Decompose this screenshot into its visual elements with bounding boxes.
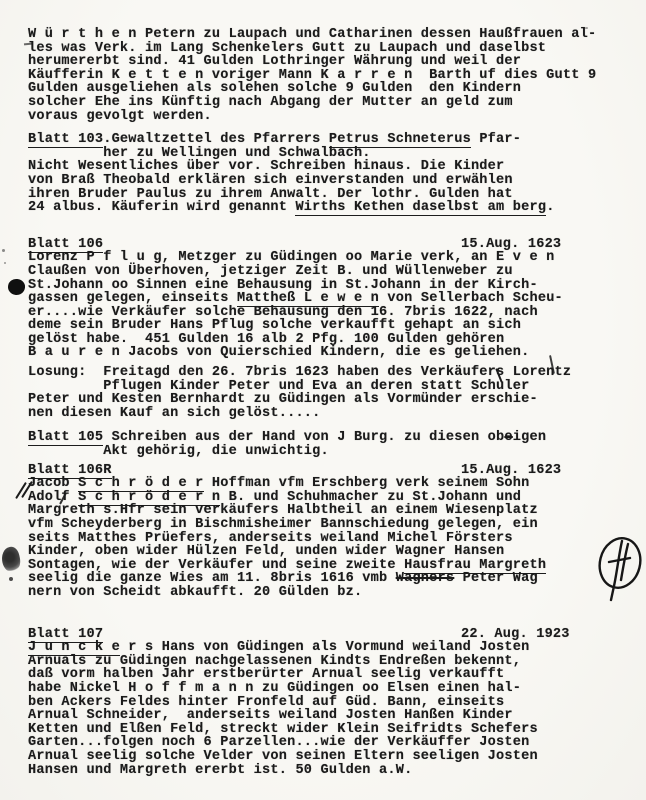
text-line: Hansen und Margreth ererbt ist. 50 Gulde… [28, 764, 628, 778]
text-line: habe Nickel H o f f m a n n zu Güdingen … [28, 682, 628, 696]
text-line: seits Matthes Prüefers, anderseits weila… [28, 532, 628, 546]
text-segment: B a u r e n Jacobs von Quierschied Kinde… [28, 345, 529, 360]
entry-date: 15.Aug. 1623 [461, 238, 561, 252]
text-line: solcher Ehe ins Künftig nach Abgang der … [28, 96, 628, 110]
text-line: deme sein Bruder Hans Pflug solche verka… [28, 319, 628, 333]
text-line: ihren Bruder Paulus zu ihrem Anwalt. Der… [28, 188, 628, 202]
text-line: seelig die ganze Wies am 11. 8bris 1616 … [28, 572, 628, 586]
text-line: Arnual seelig solche Velder von seinen E… [28, 750, 628, 764]
text-line: ben Ackers Feldes hinter Fronfeld auf Gü… [28, 696, 628, 710]
text-segment: igen [513, 430, 546, 445]
text-line: daß vorm halben Jahr erstberürter Arnual… [28, 668, 628, 682]
scanned-document-page: W ü r t h e n Petern zu Laupach und Cath… [0, 0, 646, 800]
document-body: W ü r t h e n Petern zu Laupach und Cath… [28, 28, 628, 777]
text-line: von Braß Theobald erklären sich einverst… [28, 174, 628, 188]
text-line: nen diesen Kauf an sich gelöst..... [28, 407, 628, 421]
ink-speck [2, 249, 5, 252]
text-segment: nern von Scheidt abkaufft. 20 Gülden bz. [28, 585, 362, 600]
ink-speck [585, 27, 588, 29]
text-line: Blatt 105 Schreiben aus der Hand von J B… [28, 431, 628, 445]
ink-dot-left [7, 278, 26, 296]
text-line: Blatt 106R15.Aug. 1623 [28, 464, 628, 478]
text-segment: Hansen und Margreth ererbt ist. 50 Gulde… [28, 763, 412, 778]
blatt-106: Blatt 10615.Aug. 1623Lorenz P f l u g, M… [28, 238, 628, 360]
text-line: Nicht Wesentliches über vor. Schreiben h… [28, 160, 628, 174]
text-line: Blatt 10722. Aug. 1923 [28, 628, 628, 642]
text-segment: nen diesen Kauf an sich gelöst..... [28, 406, 321, 421]
ink-speck [4, 262, 6, 264]
text-line: Pflugen Kinder Peter und Eva an deren st… [28, 380, 628, 394]
text-line: Blatt 10615.Aug. 1623 [28, 238, 628, 252]
text-line: Ketten und Elßen Feld, streckt wider Kle… [28, 723, 628, 737]
ink-smudge-left [0, 545, 22, 573]
text-line: Käufferin K e t t e n voriger Mann K a r… [28, 69, 628, 83]
blatt-105: Blatt 105 Schreiben aus der Hand von J B… [28, 431, 628, 458]
entry-date: 22. Aug. 1923 [461, 628, 570, 642]
text-line: herumererbt sind. 41 Gulden Lothringer W… [28, 55, 628, 69]
text-line: vfm Scheyderberg in Bischmisheimer Banns… [28, 518, 628, 532]
text-line: gassen gelegen, einseits Mattheß L e w e… [28, 292, 628, 306]
struck-text: Wagners [396, 571, 455, 586]
text-line: Sontagen, wie der Verkäufer und seine zw… [28, 559, 628, 573]
text-line: Lorenz P f l u g, Metzger zu Güdingen oo… [28, 251, 628, 265]
ink-smudge-dot [9, 577, 13, 581]
text-segment: 24 albus. Käuferin wird genannt [28, 200, 295, 215]
text-line: er....wie Verkäufer solche Behausung den… [28, 306, 628, 320]
text-line: Adolf S c h r ö d e r n B. und Schuhmach… [28, 491, 628, 505]
text-line: Claußen von Überhoven, jetziger Zeit B. … [28, 265, 628, 279]
text-line: 24 albus. Käuferin wird genannt Wirths K… [28, 201, 628, 215]
text-line: Peter und Kesten Bernhardt zu Güdingen a… [28, 393, 628, 407]
struck-text: e [504, 430, 512, 445]
text-line: Gulden ausgeliehen als solehen solche 9 … [28, 82, 628, 96]
text-line: nern von Scheidt abkaufft. 20 Gülden bz. [28, 586, 628, 600]
text-line: W ü r t h e n Petern zu Laupach und Cath… [28, 28, 628, 42]
text-line: St.Johann oo Sinnen eine Behausung in St… [28, 279, 628, 293]
text-line: B a u r e n Jacobs von Quierschied Kinde… [28, 346, 628, 360]
entry-date: 15.Aug. 1623 [461, 464, 561, 478]
text-line: Losung: Freitagd den 26. 7bris 1623 habe… [28, 366, 628, 380]
blatt-107: Blatt 10722. Aug. 1923J u n c k e r s Ha… [28, 628, 628, 778]
text-segment: Akt gehörig, die unwichtig. [28, 444, 329, 459]
text-line: her zu Wellingen und Schwalbach. [28, 147, 628, 161]
text-line: Arnuals zu Güdingen nachgelassenen Kindt… [28, 655, 628, 669]
blatt-103: Blatt 103.Gewaltzettel des Pfarrers Petr… [28, 133, 628, 215]
text-line: Akt gehörig, die unwichtig. [28, 445, 628, 459]
text-segment: Pfar- [471, 132, 521, 147]
text-segment: . [546, 200, 554, 215]
underlined-text: Wirths Kethen daselbst am berg [295, 200, 546, 216]
text-line: Margreth s.Hfr sein verkäufers Halbtheil… [28, 504, 628, 518]
text-line: Garten...folgen noch 6 Parzellen...wie d… [28, 736, 628, 750]
text-line: les was Verk. im Lang Schenkelers Gutt z… [28, 42, 628, 56]
text-line: Arnual Schneider, anderseits weiland Jos… [28, 709, 628, 723]
text-segment: voraus gevolgt werden. [28, 109, 212, 124]
text-line: J u n c k e r s Hans von Güdingen als Vo… [28, 641, 628, 655]
text-line: gelöst habe. 451 Gulden 16 alb 2 Pfg. 10… [28, 333, 628, 347]
text-line: Kinder, oben wider Hülzen Feld, unden wi… [28, 545, 628, 559]
text-line: Blatt 103.Gewaltzettel des Pfarrers Petr… [28, 133, 628, 147]
text-line: voraus gevolgt werden. [28, 110, 628, 124]
blatt-106r: Blatt 106R15.Aug. 1623Jacob S c h r ö d … [28, 464, 628, 600]
paragraph-wuerthen: W ü r t h e n Petern zu Laupach und Cath… [28, 28, 628, 123]
text-segment: Peter Wag [454, 571, 538, 586]
oval-annotation-right [592, 536, 646, 608]
text-line: Jacob S c h r ö d e r Hoffman vfm Erschb… [28, 477, 628, 491]
losung: Losung: Freitagd den 26. 7bris 1623 habe… [28, 366, 628, 420]
